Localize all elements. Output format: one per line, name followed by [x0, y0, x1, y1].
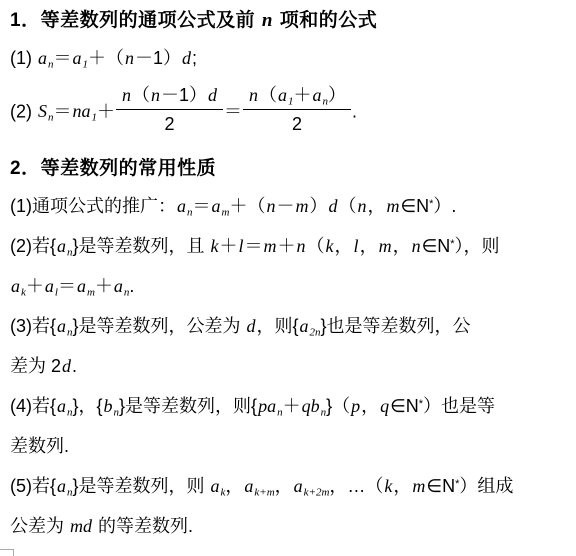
text-run: ＋ [97, 101, 115, 121]
text-run: }是等差数列，则{ [119, 396, 257, 416]
text-run: ）. [433, 196, 456, 216]
math-variable: d [207, 85, 218, 105]
text-run: ∈N [422, 236, 451, 256]
math-variable: a [56, 476, 67, 496]
math-variable: S [37, 101, 48, 121]
text-run: 2 [292, 114, 302, 134]
math-variable: k [210, 236, 220, 256]
text-run: (2)若{ [10, 236, 56, 256]
document-page: 1．等差数列的通项公式及前 n 项和的公式(1) an＝a1＋（n－1）d;(2… [0, 0, 576, 556]
text-run: (2) [10, 101, 37, 121]
text-run: （ [307, 236, 325, 256]
math-variable: n [411, 236, 422, 256]
text-run: 差为 2 [10, 356, 61, 376]
text-run: 项和的公式 [274, 10, 377, 31]
math-variable: a [56, 396, 67, 416]
math-variable: m [294, 196, 309, 216]
text-run: ＋ [294, 85, 312, 105]
text-run: 1．等差数列的通项公式及前 [10, 10, 261, 31]
math-variable: a [56, 236, 67, 256]
math-variable: a [37, 48, 48, 68]
math-variable: b [103, 396, 114, 416]
formula-sum: (2) Sn＝na1＋n（n－1）d2＝n（a1＋an）2. [10, 86, 570, 139]
math-variable: a [113, 276, 124, 296]
text-run: 2．等差数列的常用性质 [10, 158, 216, 179]
math-variable: pa [257, 396, 277, 416]
text-run: }，{ [73, 396, 103, 416]
math-variable: n [150, 85, 161, 105]
math-variable: n [296, 236, 307, 256]
text-run: ， [393, 236, 411, 256]
text-run: ） [328, 85, 346, 105]
text-run: (4)若{ [10, 396, 56, 416]
text-run: . [72, 356, 77, 376]
text-run: . [129, 276, 134, 296]
fraction-denominator: 2 [116, 110, 223, 136]
math-variable: k [325, 236, 335, 256]
math-variable: n [248, 85, 259, 105]
text-run: ， [275, 476, 293, 496]
text-run: ∈N [390, 396, 419, 416]
math-variable: md [69, 516, 93, 536]
text-run: (1)通项公式的推广： [10, 196, 176, 216]
text-run: ， [360, 236, 378, 256]
text-run: ＋（ [88, 48, 124, 68]
document-body: 1．等差数列的通项公式及前 n 项和的公式(1) an＝a1＋（n－1）d;(2… [10, 9, 570, 538]
text-run: ＝ [224, 101, 242, 121]
formula-general-term: (1) an＝a1＋（n－1）d; [10, 46, 570, 70]
math-variable: a [72, 48, 83, 68]
math-variable: na [72, 101, 92, 121]
math-variable: q [379, 396, 390, 416]
property-5-line-1: (5)若{an}是等差数列，则 ak，ak+m，ak+2m，…（k，m∈N*）组… [10, 474, 570, 498]
text-run: ，则{ [257, 316, 299, 336]
math-variable: a [176, 196, 187, 216]
fraction-numerator: n（n－1）d [116, 83, 223, 110]
text-run: }也是等差数列，公 [321, 316, 471, 336]
property-3-line-2: 差为 2d. [10, 354, 570, 378]
text-run: － [276, 196, 294, 216]
property-3-line-1: (3)若{an}是等差数列，公差为 d，则{a2n}也是等差数列，公 [10, 314, 570, 338]
text-run: （ [132, 85, 150, 105]
math-variable: n [121, 85, 132, 105]
math-variable: a [76, 276, 87, 296]
text-run: ），则 [455, 236, 500, 256]
math-variable: a [10, 276, 21, 296]
math-variable: a [277, 85, 288, 105]
text-run: ＋ [220, 236, 238, 256]
math-variable: a [243, 476, 254, 496]
text-run: ＝ [58, 276, 76, 296]
text-run: ＝ [245, 236, 263, 256]
text-run: ， [335, 236, 353, 256]
math-variable: n [265, 196, 276, 216]
text-run: }（ [326, 396, 350, 416]
fraction-numerator: n（a1＋an） [243, 83, 351, 110]
math-variable: m [385, 196, 400, 216]
text-run: ∈N [400, 196, 429, 216]
text-run: ）也是等 [423, 396, 495, 416]
fraction-denominator: 2 [243, 110, 351, 136]
text-run: －1） [161, 85, 207, 105]
text-run: 差数列. [10, 436, 69, 456]
property-2-line-2: ak＋al＝am＋an. [10, 274, 570, 298]
math-variable: d [181, 48, 192, 68]
math-variable: m [263, 236, 278, 256]
heading-1: 1．等差数列的通项公式及前 n 项和的公式 [10, 9, 570, 33]
property-1: (1)通项公式的推广：an＝am＋（n－m）d（n，m∈N*）. [10, 194, 570, 218]
math-variable: m [411, 476, 426, 496]
text-run: m [87, 286, 95, 298]
text-run: }是等差数列，且 [73, 236, 210, 256]
text-run: ） [309, 196, 327, 216]
math-variable: a [299, 316, 310, 336]
math-variable: n [261, 10, 274, 31]
math-variable: n [124, 48, 135, 68]
text-run: ＋ [26, 276, 44, 296]
text-run: (3)若{ [10, 316, 56, 336]
math-variable: l [353, 236, 360, 256]
math-variable: m [378, 236, 393, 256]
fraction: n（a1＋an）2 [243, 83, 351, 136]
math-variable: a [312, 85, 323, 105]
text-run: ， [225, 476, 243, 496]
text-run: ＋（ [229, 196, 265, 216]
math-variable: p [350, 396, 361, 416]
math-variable: a [293, 476, 304, 496]
property-4-line-1: (4)若{an}，{bn}是等差数列，则{pan＋qbn}（p，q∈N*）也是等 [10, 394, 570, 418]
text-run: 的等差数列. [93, 516, 193, 536]
math-variable: a [56, 316, 67, 336]
math-variable: a [211, 196, 222, 216]
text-run: 公差为 [10, 516, 69, 536]
math-variable: qb [301, 396, 321, 416]
text-run: ; [192, 48, 197, 68]
text-run: ， [393, 476, 411, 496]
text-run: ＋ [283, 396, 301, 416]
text-run: (1) [10, 48, 37, 68]
text-run: ， [367, 196, 385, 216]
text-run: (5)若{ [10, 476, 56, 496]
text-run: k+m [254, 486, 274, 498]
math-variable: k [383, 476, 393, 496]
text-run: . [352, 101, 357, 121]
text-run: ＋ [278, 236, 296, 256]
math-variable: d [246, 316, 257, 336]
table-corner-artifact [0, 549, 14, 556]
text-run: ∈N [426, 476, 455, 496]
property-2-line-1: (2)若{an}是等差数列，且 k＋l＝m＋n（k，l，m，n∈N*），则 [10, 234, 570, 258]
text-run: 2 [165, 114, 175, 134]
math-variable: n [356, 196, 367, 216]
property-5-line-2: 公差为 md 的等差数列. [10, 514, 570, 538]
text-run: }是等差数列，则 [73, 476, 210, 496]
text-run: k+2m [304, 486, 330, 498]
math-variable: a [210, 476, 221, 496]
text-run: －1） [135, 48, 181, 68]
text-run: 2n [310, 326, 321, 338]
math-variable: a [44, 276, 55, 296]
text-run: ＝ [193, 196, 211, 216]
math-variable: l [238, 236, 245, 256]
text-run: （ [338, 196, 356, 216]
property-4-line-2: 差数列. [10, 434, 570, 458]
text-run: ，…（ [329, 476, 383, 496]
math-variable: d [327, 196, 338, 216]
math-variable: d [61, 356, 72, 376]
text-run: ， [361, 396, 379, 416]
text-run: ＝ [54, 101, 72, 121]
text-run: ）组成 [459, 476, 513, 496]
heading-2: 2．等差数列的常用性质 [10, 157, 570, 181]
text-run: }是等差数列，公差为 [73, 316, 246, 336]
text-run: （ [259, 85, 277, 105]
text-run: ＝ [54, 48, 72, 68]
fraction: n（n－1）d2 [116, 83, 223, 136]
text-run: ＋ [95, 276, 113, 296]
